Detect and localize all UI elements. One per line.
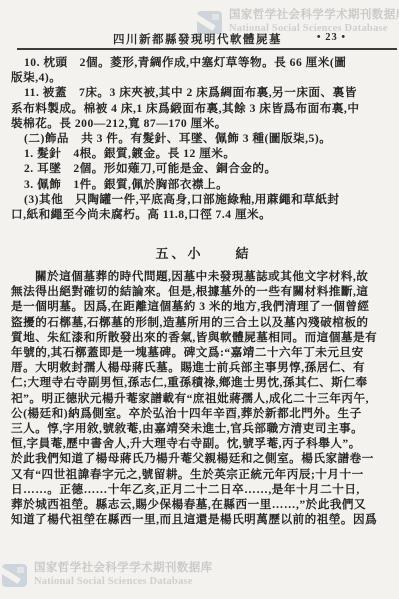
body-line: 無法得出絕對確切的結論來。但是,根據墓外的一些有關材料推斷,這: [11, 284, 396, 299]
body-line: 公(楊廷和)納爲側室。卒於弘治十四年辛酉,葬於新都北門外。生子: [11, 406, 396, 421]
page-number: • 23 •: [317, 32, 346, 43]
body-line: 葬於城西祖塋。縣志云,賜少保楊春墓,在縣西一里……,”於此我們又: [11, 497, 396, 512]
page-title: 四川新都縣發現明代軟體屍墓: [113, 31, 396, 47]
body-line: 3. 佩飾 1件。銀質,佩於胸部衣襟上。: [11, 177, 396, 192]
body-line: 是一個明墓。因爲,在距離這個墓約 3 米的地方,我們清理了一個曾經: [11, 299, 396, 314]
body-line: 1. 髮針 4根。銀質,鍍金。長 12 厘米。: [11, 146, 396, 161]
nssd-logo-icon: [2, 564, 27, 587]
body-line: 於此我們知道了楊母蔣氏乃楊升菴父親楊廷和之側室。楊氏家譜卷一: [11, 451, 396, 466]
body-line: 仁;大理寺右寺副男恒,孫志仁,重孫積祿,鄉進士男忱,孫其仁、斯仁奉: [11, 375, 396, 390]
watermark-cn-label: 国家哲学社会科学学术期刊数据库: [229, 8, 399, 22]
body-line: 厝。大明敕封孺人楊母蔣氏墓。賜進士前兵部主事男惇,孫居仁、有: [11, 360, 396, 375]
body-line: 10. 枕頭 2個。菱形,青綢作成,中塞灯草等物。長 66 厘米(圖: [11, 55, 396, 70]
watermark-bottom: 国家哲学社会科学学术期刊数据库 National Social Sciences…: [2, 561, 213, 588]
body-line: 三人。惇,字用敘,號敘菴,由嘉靖癸未進士,官兵部職方清吏司主事。: [11, 421, 396, 436]
body-line: (二)飾品 共 3 件。有髮針、耳墜、佩飾 3 種(圖版柒,5)。: [11, 131, 396, 146]
watermark-cn-label: 国家哲学社会科学学术期刊数据库: [34, 561, 213, 575]
body-line: 2. 耳墜 2個。形如薙刀,可能是金、銅合金的。: [11, 161, 396, 176]
conclusion-paragraph-lines: 關於這個墓葬的時代問題,因墓中未發現墓誌或其他文字材料,故無法得出絕對確切的結論…: [11, 269, 396, 527]
body-line: 知道了楊代祖塋在縣西一里,而且這還是楊氏明萬歷以前的祖塋。因爲: [11, 512, 396, 527]
artifact-list-lines: 10. 枕頭 2個。菱形,青綢作成,中塞灯草等物。長 66 厘米(圖版柒,4)。…: [11, 55, 396, 222]
body-line: 質地、朱紅漆和所散發出來的香氣,皆與軟體屍墓相同。而這個墓是有: [11, 330, 396, 345]
body-line: 口,紙和繩至今尚未腐朽。高 11.8,口徑 7.4 厘米。: [11, 207, 396, 222]
body-line: 盜擾的石槨墓,石槨墓的形制,造墓所用的三合土以及墓內殘破棺板的: [11, 315, 396, 330]
watermark-text: 国家哲学社会科学学术期刊数据库 National Social Sciences…: [34, 561, 213, 588]
watermark-en-label: National Social Sciences Database: [34, 575, 213, 588]
page-body: 10. 枕頭 2個。菱形,青綢作成,中塞灯草等物。長 66 厘米(圖版柒,4)。…: [11, 55, 396, 527]
body-line: (3)其他 只陶罐一件,平底高身,口部施綠釉,用蔴繩和草紙封: [11, 192, 396, 207]
body-line: 日……。正德……十年乙亥,正月二十二日卒……,是年十月二十日,: [11, 482, 396, 497]
body-line: 恒,字員菴,歷中書舍人,升大理寺右寺副。忱,號孚菴,丙子科舉人”。: [11, 436, 396, 451]
body-line: 11. 被蓋 7床。3 床夾被,其中 2 床爲綢面布裏,另一床面、裏皆: [11, 85, 396, 100]
header-rule: [17, 48, 397, 50]
body-line: 年號的,其石槨蓋即是一塊墓碑。碑文爲:“嘉靖二十六年丁未元旦安: [11, 345, 396, 360]
running-head: 四川新都縣發現明代軟體屍墓 • 23 •: [17, 31, 396, 47]
body-line: 又有“四世祖諱春字元之,號留耕。生於英宗正統元年丙辰;十月十一: [11, 467, 396, 482]
body-line: 系布料製成。棉被 4 床,1 床爲緞面布裏,其餘 3 床皆爲布面布裏,中: [11, 101, 396, 116]
body-line: 關於這個墓葬的時代問題,因墓中未發現墓誌或其他文字材料,故: [11, 269, 396, 284]
body-line: 祀”。明正德狀元楊升菴家譜載有“庶祖妣蔣孺人,成化二十三年丙午,: [11, 391, 396, 406]
body-line: 版柒,4)。: [11, 70, 396, 85]
section-title: 五、小 結: [11, 246, 396, 262]
body-line: 裝棉花。長 200—212,寬 87—170 厘米。: [11, 116, 396, 131]
